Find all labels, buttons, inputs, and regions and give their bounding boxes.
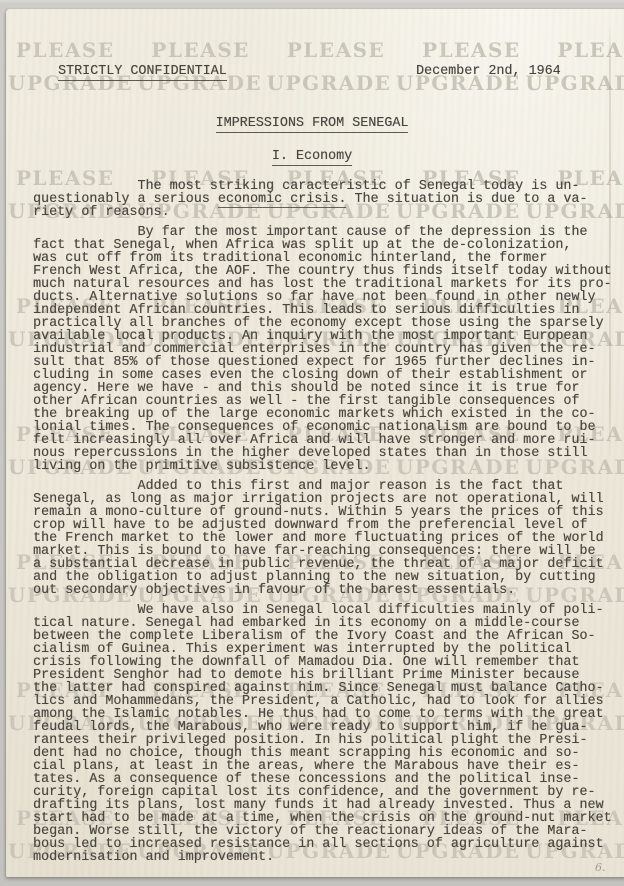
text-line: living on the primitive subsistence leve… <box>33 460 621 473</box>
document-title: IMPRESSIONS FROM SENEGAL <box>216 116 409 133</box>
classification-label: STRICTLY CONFIDENTIAL <box>58 64 227 81</box>
document-body: The most striking caracteristic of Seneg… <box>33 180 621 864</box>
paragraph: We have also in Senegal local difficulti… <box>33 604 621 864</box>
section-heading-row: I. Economy <box>6 149 618 164</box>
page-number-mark: 6. <box>595 861 606 874</box>
text-line: out secondary objectives in favour of th… <box>33 584 621 597</box>
paragraph: The most striking caracteristic of Seneg… <box>33 180 621 219</box>
scan-background: PLEASEPLEASEPLEASEPLEASEPLEASEUPGRADEUPG… <box>0 0 624 886</box>
paper-sheet: PLEASEPLEASEPLEASEPLEASEPLEASEUPGRADEUPG… <box>6 9 624 877</box>
watermark-word: PLEASE <box>151 40 250 60</box>
paragraph: Added to this first and major reason is … <box>33 480 621 597</box>
watermark-word: PLEASE <box>422 40 521 60</box>
section-heading: I. Economy <box>272 149 352 166</box>
watermark-word: PLEASE <box>557 40 624 60</box>
watermark-word: PLEASE <box>287 40 386 60</box>
title-row: IMPRESSIONS FROM SENEGAL <box>6 116 618 131</box>
watermark-row: PLEASEPLEASEPLEASEPLEASEPLEASE <box>16 40 624 60</box>
document-header: STRICTLY CONFIDENTIAL December 2nd, 1964 <box>58 65 614 79</box>
paragraph: By far the most important cause of the d… <box>33 226 621 473</box>
text-line: modernisation and improvement. <box>33 851 621 864</box>
date-label: December 2nd, 1964 <box>416 65 561 79</box>
watermark-word: PLEASE <box>16 40 115 60</box>
